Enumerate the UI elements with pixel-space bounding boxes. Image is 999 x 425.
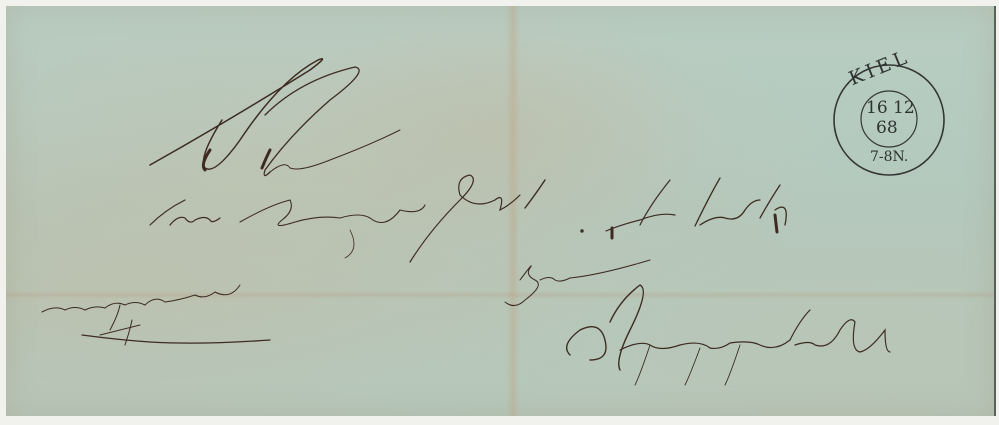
postmark-year: 68 xyxy=(876,118,898,138)
postmark-date: 16 12 xyxy=(866,98,915,118)
postmark-time: 7-8N. xyxy=(870,149,908,165)
address-line-1-surname xyxy=(606,178,786,238)
salutation-script xyxy=(150,59,400,176)
postmark: KIEL 16 12 68 7-8N. xyxy=(832,66,944,174)
